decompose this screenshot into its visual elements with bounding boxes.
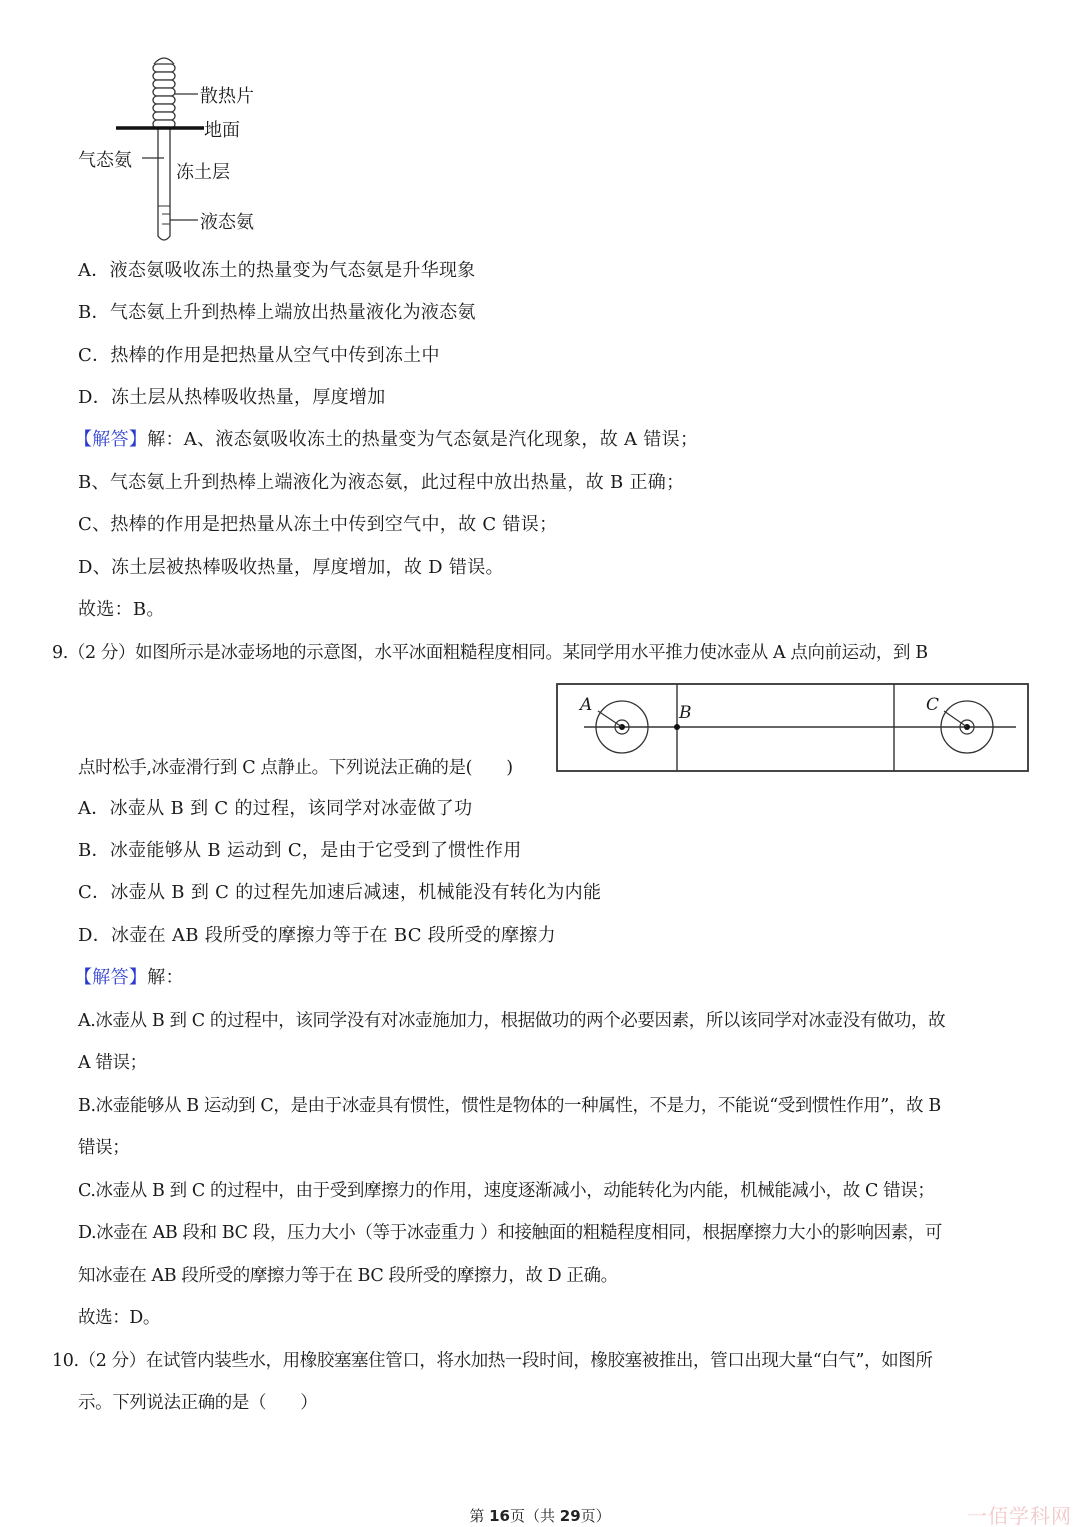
q8-answer-line-4: D、冻土层被热棒吸收热量，厚度增加，故 D 错误。 — [78, 556, 504, 580]
footer-prefix: 第 — [469, 1507, 489, 1525]
option-letter: B． — [78, 840, 110, 861]
option-text: 冻土层从热棒吸收热量，厚度增加 — [111, 387, 386, 408]
q9-answer-choice: 故选：D。 — [78, 1306, 160, 1330]
q8-option-a: A．液态氨吸收冻土的热量变为气态氨是升华现象 — [78, 259, 476, 283]
q9-answer-line-5: C.冰壶从 B 到 C 的过程中，由于受到摩擦力的作用，速度逐渐减小，动能转化为… — [78, 1179, 934, 1203]
q9-answer-line-1: A.冰壶从 B 到 C 的过程中，该同学没有对冰壶施加力，根据做功的两个必要因素… — [78, 1009, 945, 1033]
q9-answer-line-4: 错误； — [78, 1136, 129, 1160]
q8-answer-choice: 故选：B。 — [78, 598, 165, 622]
footer-middle: 页（共 — [510, 1507, 560, 1525]
q8-option-b: B．气态氨上升到热棒上端放出热量液化为液态氨 — [78, 301, 476, 325]
option-letter: A． — [78, 260, 110, 281]
q9-stem-line-2: 点时松手,冰壶滑行到 C 点静止。下列说法正确的是( ) — [78, 756, 513, 780]
q8-answer-line-3: C、热棒的作用是把热量从冻土中传到空气中，故 C 错误； — [78, 513, 557, 537]
answer-label: 【解答】 — [74, 967, 147, 988]
current-page-number: 16 — [489, 1507, 510, 1525]
point-b-label: B — [679, 703, 692, 723]
label-gas-ammonia: 气态氨 — [78, 146, 132, 172]
point-a-label: A — [580, 695, 592, 715]
label-fins: 散热片 — [200, 82, 254, 108]
q9-option-b: B．冰壶能够从 B 运动到 C，是由于它受到了惯性作用 — [78, 839, 522, 863]
q8-answer-line-1: 【解答】解：A、液态氨吸收冻土的热量变为气态氨是汽化现象，故 A 错误； — [74, 428, 698, 452]
option-letter: C． — [78, 345, 110, 366]
label-frozen-soil: 冻土层 — [176, 158, 230, 184]
point-c-label: C — [926, 695, 939, 715]
option-text: 气态氨上升到热棒上端放出热量液化为液态氨 — [110, 302, 476, 323]
total-pages-number: 29 — [560, 1507, 581, 1525]
label-liquid-ammonia: 液态氨 — [200, 208, 254, 234]
q8-answer-line-2: B、气态氨上升到热棒上端液化为液态氨，此过程中放出热量，故 B 正确； — [78, 471, 684, 495]
q10-stem-line-2: 示。下列说法正确的是（ ） — [78, 1391, 317, 1415]
q8-option-d: D．冻土层从热棒吸收热量，厚度增加 — [78, 386, 386, 410]
option-letter: D． — [78, 387, 111, 408]
q9-stem-line-1: 9.（2 分）如图所示是冰壶场地的示意图，水平冰面粗糙程度相同。某同学用水平推力… — [52, 641, 928, 665]
option-text: 冰壶从 B 到 C 的过程先加速后减速，机械能没有转化为内能 — [110, 882, 601, 903]
label-ground: 地面 — [204, 116, 240, 142]
q9-answer-line-7: 知冰壶在 AB 段所受的摩擦力等于在 BC 段所受的摩擦力，故 D 正确。 — [78, 1264, 618, 1288]
q9-option-d: D．冰壶在 AB 段所受的摩擦力等于在 BC 段所受的摩擦力 — [78, 924, 556, 948]
q9-answer-line-2: A 错误； — [78, 1051, 147, 1075]
q9-answer-heading: 【解答】解： — [74, 966, 184, 990]
option-text: 冰壶从 B 到 C 的过程，该同学对冰壶做了功 — [110, 798, 473, 819]
option-letter: B． — [78, 302, 110, 323]
watermark: 一佰学科网 — [967, 1500, 1072, 1527]
answer-label: 【解答】 — [74, 429, 147, 450]
option-text: 热棒的作用是把热量从空气中传到冻土中 — [110, 345, 439, 366]
answer-text: 解：A、液态氨吸收冻土的热量变为气态氨是汽化现象，故 A 错误； — [147, 429, 698, 450]
curling-field-figure: A B C — [556, 683, 1030, 773]
q9-option-c: C．冰壶从 B 到 C 的过程先加速后减速，机械能没有转化为内能 — [78, 881, 601, 905]
option-text: 液态氨吸收冻土的热量变为气态氨是升华现象 — [110, 260, 476, 281]
option-letter: D． — [78, 925, 111, 946]
option-letter: C． — [78, 882, 110, 903]
answer-intro: 解： — [147, 967, 184, 988]
heat-rod-figure: 散热片 地面 气态氨 冻土层 液态氨 — [72, 48, 262, 248]
option-letter: A． — [78, 798, 110, 819]
q9-answer-line-6: D.冰壶在 AB 段和 BC 段，压力大小（等于冰壶重力 ）和接触面的粗糙程度相… — [78, 1221, 942, 1245]
q9-option-a: A．冰壶从 B 到 C 的过程，该同学对冰壶做了功 — [78, 797, 472, 821]
option-text: 冰壶在 AB 段所受的摩擦力等于在 BC 段所受的摩擦力 — [111, 925, 556, 946]
footer-suffix: 页） — [581, 1507, 611, 1525]
q9-answer-line-3: B.冰壶能够从 B 运动到 C，是由于冰壶具有惯性，惯性是物体的一种属性，不是力… — [78, 1094, 941, 1118]
page-footer: 第 16页（共 29页） — [0, 1505, 1080, 1526]
option-text: 冰壶能够从 B 运动到 C，是由于它受到了惯性作用 — [110, 840, 522, 861]
q10-stem-line-1: 10.（2 分）在试管内装些水，用橡胶塞塞住管口，将水加热一段时间，橡胶塞被推出… — [52, 1349, 932, 1373]
q8-option-c: C．热棒的作用是把热量从空气中传到冻土中 — [78, 344, 440, 368]
